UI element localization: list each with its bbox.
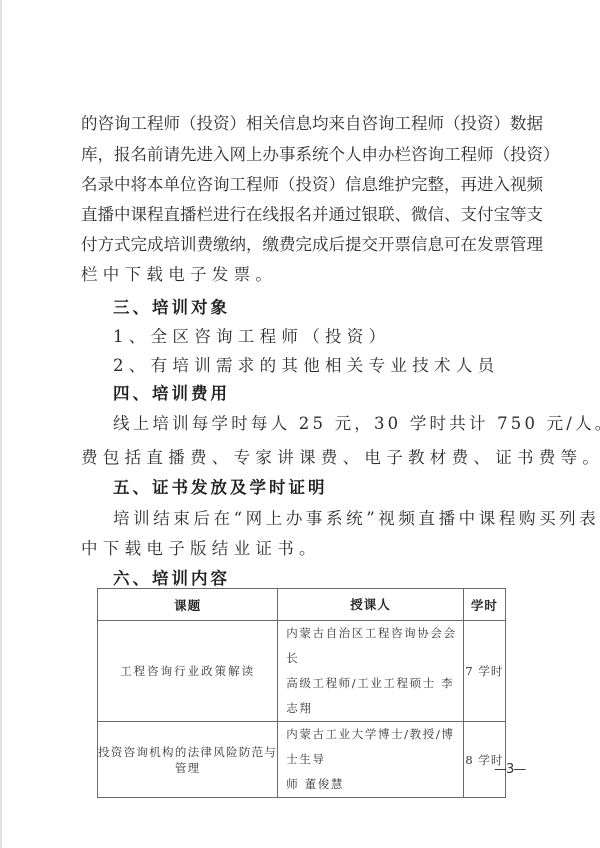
text-line: 线上培训每学时每人 25 元，30 学时共计 750 元/人。培训 (113, 414, 527, 434)
text-line: 培训结束后在“网上办事系统”视频直播中课程购买列表栏 (113, 509, 559, 529)
cell-hours: 7 学时 (463, 621, 505, 722)
cell-hours: 8 学时 (463, 722, 505, 798)
page-edge (0, 0, 2, 848)
table-header-row: 课题 授课人 学时 (98, 589, 506, 621)
text-line: 名录中将本单位咨询工程师（投资）信息维护完整，再进入视频 (81, 175, 527, 195)
section-heading: 五、证书发放及学时证明 (113, 478, 559, 498)
lecturer-line: 师 董俊慧 (286, 772, 463, 797)
page-number: —3— (494, 762, 525, 777)
text-line: 栏中下载电子发票。 (81, 265, 527, 285)
section-heading: 六、培训内容 (113, 569, 559, 589)
list-item: 2、有培训需求的其他相关专业技术人员 (113, 356, 559, 376)
text-line: 的咨询工程师（投资）相关信息均来自咨询工程师（投资）数据 (81, 114, 527, 134)
text-line: 中下载电子版结业证书。 (81, 539, 527, 559)
text-line: 费包括直播费、专家讲课费、电子教材费、证书费等。 (81, 448, 527, 468)
cell-lecturer: 内蒙古工业大学博士/教授/博士生导 师 董俊慧 (278, 722, 464, 798)
text-line: 直播中课程直播栏进行在线报名并通过银联、微信、支付宝等支 (81, 205, 527, 225)
lecturer-line: 高级工程师/工业工程硕士 李志翔 (286, 671, 463, 721)
lecturer-line: 内蒙古自治区工程咨询协会会长 (286, 621, 463, 671)
course-table: 课题 授课人 学时 工程咨询行业政策解读 内蒙古自治区工程咨询协会会长 高级工程… (97, 588, 506, 798)
list-item: 1、全区咨询工程师（投资） (113, 327, 559, 347)
text-line: 库，报名前请先进入网上办事系统个人申办栏咨询工程师（投资） (81, 145, 527, 165)
table-row: 投资咨询机构的法律风险防范与管理 内蒙古工业大学博士/教授/博士生导 师 董俊慧… (98, 722, 506, 798)
lecturer-line: 内蒙古工业大学博士/教授/博士生导 (286, 722, 463, 772)
cell-topic: 工程咨询行业政策解读 (98, 621, 278, 722)
table-row: 工程咨询行业政策解读 内蒙古自治区工程咨询协会会长 高级工程师/工业工程硕士 李… (98, 621, 506, 722)
text-line: 付方式完成培训费缴纳，缴费完成后提交开票信息可在发票管理 (81, 235, 527, 255)
column-header-topic: 课题 (98, 589, 278, 621)
column-header-hours: 学时 (463, 589, 505, 621)
column-header-lecturer: 授课人 (278, 589, 464, 621)
cell-topic: 投资咨询机构的法律风险防范与管理 (98, 722, 278, 798)
cell-lecturer: 内蒙古自治区工程咨询协会会长 高级工程师/工业工程硕士 李志翔 (278, 621, 464, 722)
section-heading: 三、培训对象 (113, 298, 559, 318)
section-heading: 四、培训费用 (113, 384, 559, 404)
